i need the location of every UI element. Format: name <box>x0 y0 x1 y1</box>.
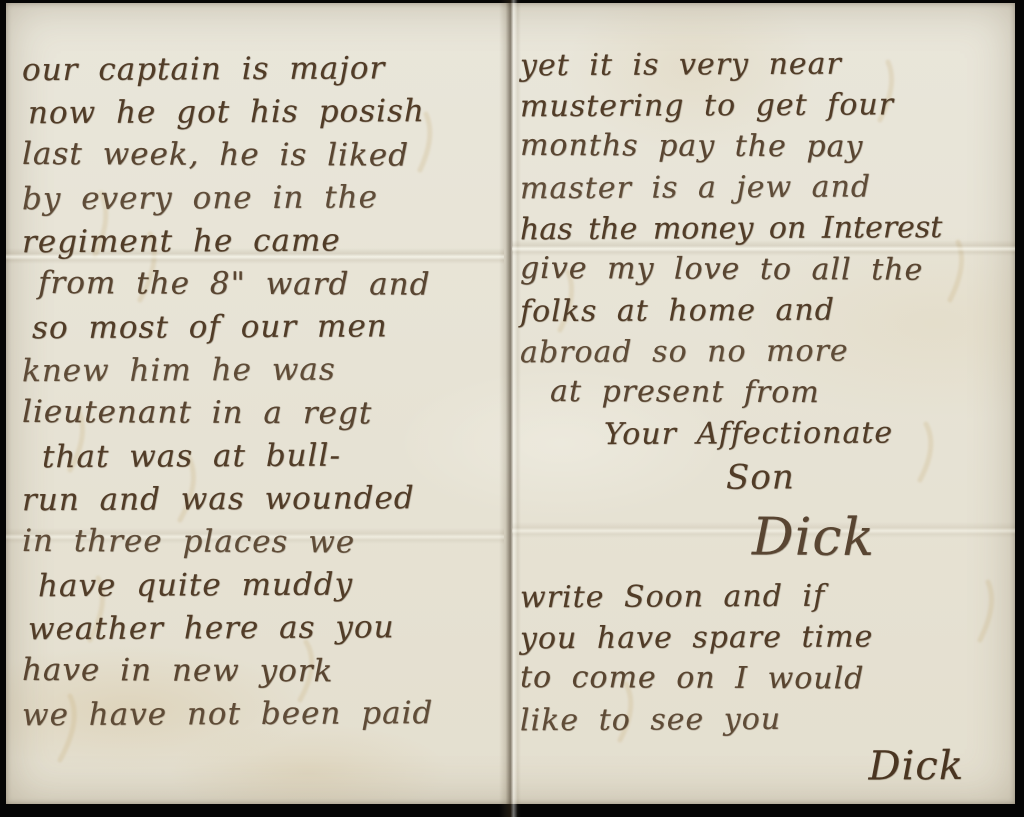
letter-line: knew him he was <box>22 348 500 394</box>
letter-line: regiment he came <box>22 219 500 265</box>
letter-line: give my love to all the <box>520 248 1016 291</box>
letter-line: so most of our men <box>32 305 500 350</box>
letter-line: in three places we <box>22 520 500 565</box>
letter-line: our captain is major <box>22 47 500 93</box>
postscript-line: to come on I would <box>520 657 1016 700</box>
letter-line: have in new york <box>22 649 500 694</box>
letter-scan: our captain is major now he got his posi… <box>0 0 1024 817</box>
letter-line: run and was wounded <box>22 477 500 523</box>
letter-line: at present from <box>550 371 1016 414</box>
letter-line: from the 8" ward and <box>38 262 500 307</box>
letter-line: last week, he is liked <box>22 133 500 178</box>
letter-line: by every one in the <box>22 176 500 222</box>
letter-line: folks at home and <box>520 289 1016 333</box>
postscript-line: write Soon and if <box>520 575 1016 619</box>
postscript-line: you have spare time <box>520 616 1016 660</box>
postscript-line: like to see you <box>520 698 1016 742</box>
letter-line: master is a jew and <box>520 166 1016 210</box>
letter-line: now he got his posish <box>28 90 500 135</box>
letter-line: weather here as you <box>28 606 500 651</box>
letter-line: yet it is very near <box>520 43 1016 87</box>
letter-line: we have not been paid <box>22 692 500 738</box>
closing-line: Son <box>726 453 1016 501</box>
letter-line: that was at bull- <box>42 434 500 479</box>
closing-line: Your Affectionate <box>604 412 1016 455</box>
signature-line: Dick <box>752 499 1016 576</box>
page-right: yet it is very near mustering to get fou… <box>520 44 1016 794</box>
letter-line: lieutenant in a regt <box>22 391 500 436</box>
signature-line: Dick <box>520 739 1016 796</box>
page-left: our captain is major now he got his posi… <box>22 48 500 736</box>
letter-line: abroad so no more <box>520 330 1016 374</box>
letter-line: mustering to get four <box>520 84 1016 128</box>
center-fold-crease <box>499 0 521 817</box>
letter-line: has the money on Interest <box>520 207 1016 251</box>
letter-line: months pay the pay <box>520 125 1016 168</box>
letter-line: have quite muddy <box>38 563 500 608</box>
